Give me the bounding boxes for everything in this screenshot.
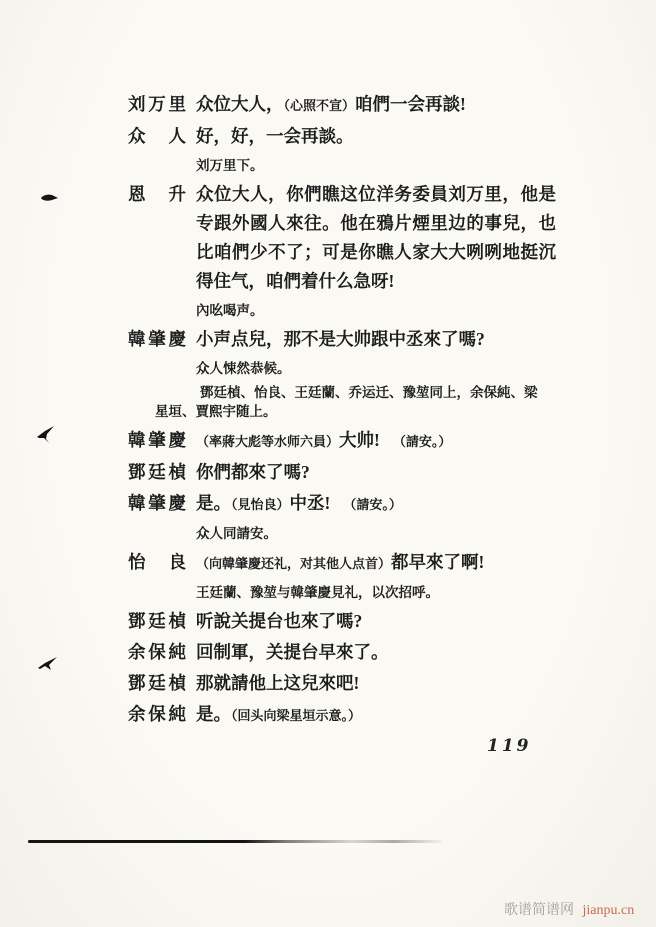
script-line: 余保純回制軍，关提台早來了。 xyxy=(128,638,556,667)
speaker-name: 众人 xyxy=(128,122,186,151)
dialogue-text: （率蔣大彪等水师六員）大帅!（請安。） xyxy=(196,426,556,456)
dialogue-text: 众位大人，你們瞧这位洋务委員刘万里，他是专跟外國人來往。他在鴉片煙里边的事兒，也… xyxy=(196,180,556,296)
speaker-name: 余保純 xyxy=(128,638,186,667)
dialogue-text: 是。（回头向梁星垣示意。） xyxy=(196,700,556,730)
speaker-name: 鄧廷楨 xyxy=(128,607,186,636)
speaker-name: 恩升 xyxy=(128,180,186,296)
dialogue-text: 小声点兒，那不是大帅跟中丞來了嗎? xyxy=(196,325,556,354)
script-line: 刘万里众位大人，（心照不宣）咱們一会再談! xyxy=(128,90,556,120)
script-line: 余保純是。（回头向梁星垣示意。） xyxy=(128,700,556,730)
stage-direction: 刘万里下。 xyxy=(196,156,556,175)
speaker-name: 韓肇慶 xyxy=(128,325,186,354)
stage-direction: 众人悚然恭候。 xyxy=(196,359,556,378)
stage-direction: 鄧廷楨、怡良、王廷蘭、乔运迁、豫堃同上，余保純、梁星垣、賈熙宇随上。 xyxy=(155,383,549,421)
stage-direction: 王廷蘭、豫堃与韓肇慶見礼，以次招呼。 xyxy=(196,583,556,602)
script-line: 鄧廷楨你們都來了嗎? xyxy=(128,458,556,487)
watermark-site-url: jianpu.cn xyxy=(583,903,635,918)
stage-direction: 內吆喝声。 xyxy=(196,301,556,320)
script-line: 怡良（向韓肇慶还礼，对其他人点首）都早來了啊! xyxy=(128,548,556,578)
dialogue-text: 听說关提台也來了嗎? xyxy=(196,607,556,636)
speaker-name: 刘万里 xyxy=(128,90,186,120)
script-line: 众人好，好，一会再談。 xyxy=(128,122,556,151)
dialogue-text: （向韓肇慶还礼，对其他人点首）都早來了啊! xyxy=(196,548,556,578)
dialogue-text: 你們都來了嗎? xyxy=(196,458,556,487)
script-line: 恩升众位大人，你們瞧这位洋务委員刘万里，他是专跟外國人來往。他在鴉片煙里边的事兒… xyxy=(128,180,556,296)
script-line: 韓肇慶小声点兒，那不是大帅跟中丞來了嗎? xyxy=(128,325,556,354)
script-line: 鄧廷楨那就請他上这兒來吧! xyxy=(128,669,556,698)
script-line: 鄧廷楨听說关提台也來了嗎? xyxy=(128,607,556,636)
script-body: 刘万里众位大人，（心照不宣）咱們一会再談!众人好，好，一会再談。刘万里下。恩升众… xyxy=(0,88,656,732)
dialogue-text: 那就請他上这兒來吧! xyxy=(196,669,556,698)
scanned-script-page: 刘万里众位大人，（心照不宣）咱們一会再談!众人好，好，一会再談。刘万里下。恩升众… xyxy=(0,0,656,927)
dialogue-text: 好，好，一会再談。 xyxy=(196,122,556,151)
speaker-name: 余保純 xyxy=(128,700,186,730)
watermark: 歌谱简谱网 jianpu.cn xyxy=(504,899,634,919)
script-line: 韓肇慶（率蔣大彪等水师六員）大帅!（請安。） xyxy=(128,426,556,456)
script-line: 韓肇慶是。（見怡良）中丞!（請安。） xyxy=(128,489,556,519)
dialogue-text: 是。（見怡良）中丞!（請安。） xyxy=(196,489,556,519)
speaker-name: 鄧廷楨 xyxy=(128,669,186,698)
dialogue-text: 回制軍，关提台早來了。 xyxy=(196,638,556,667)
footer-rule xyxy=(28,840,443,843)
speaker-name: 鄧廷楨 xyxy=(128,458,186,487)
speaker-name: 韓肇慶 xyxy=(128,426,186,456)
dialogue-text: 众位大人，（心照不宣）咱們一会再談! xyxy=(196,90,556,120)
stage-direction: 众人同請安。 xyxy=(196,524,556,543)
speaker-name: 韓肇慶 xyxy=(128,489,186,519)
watermark-site-name: 歌谱简谱网 xyxy=(504,903,574,918)
page-number: 119 xyxy=(487,736,532,756)
speaker-name: 怡良 xyxy=(128,548,186,578)
